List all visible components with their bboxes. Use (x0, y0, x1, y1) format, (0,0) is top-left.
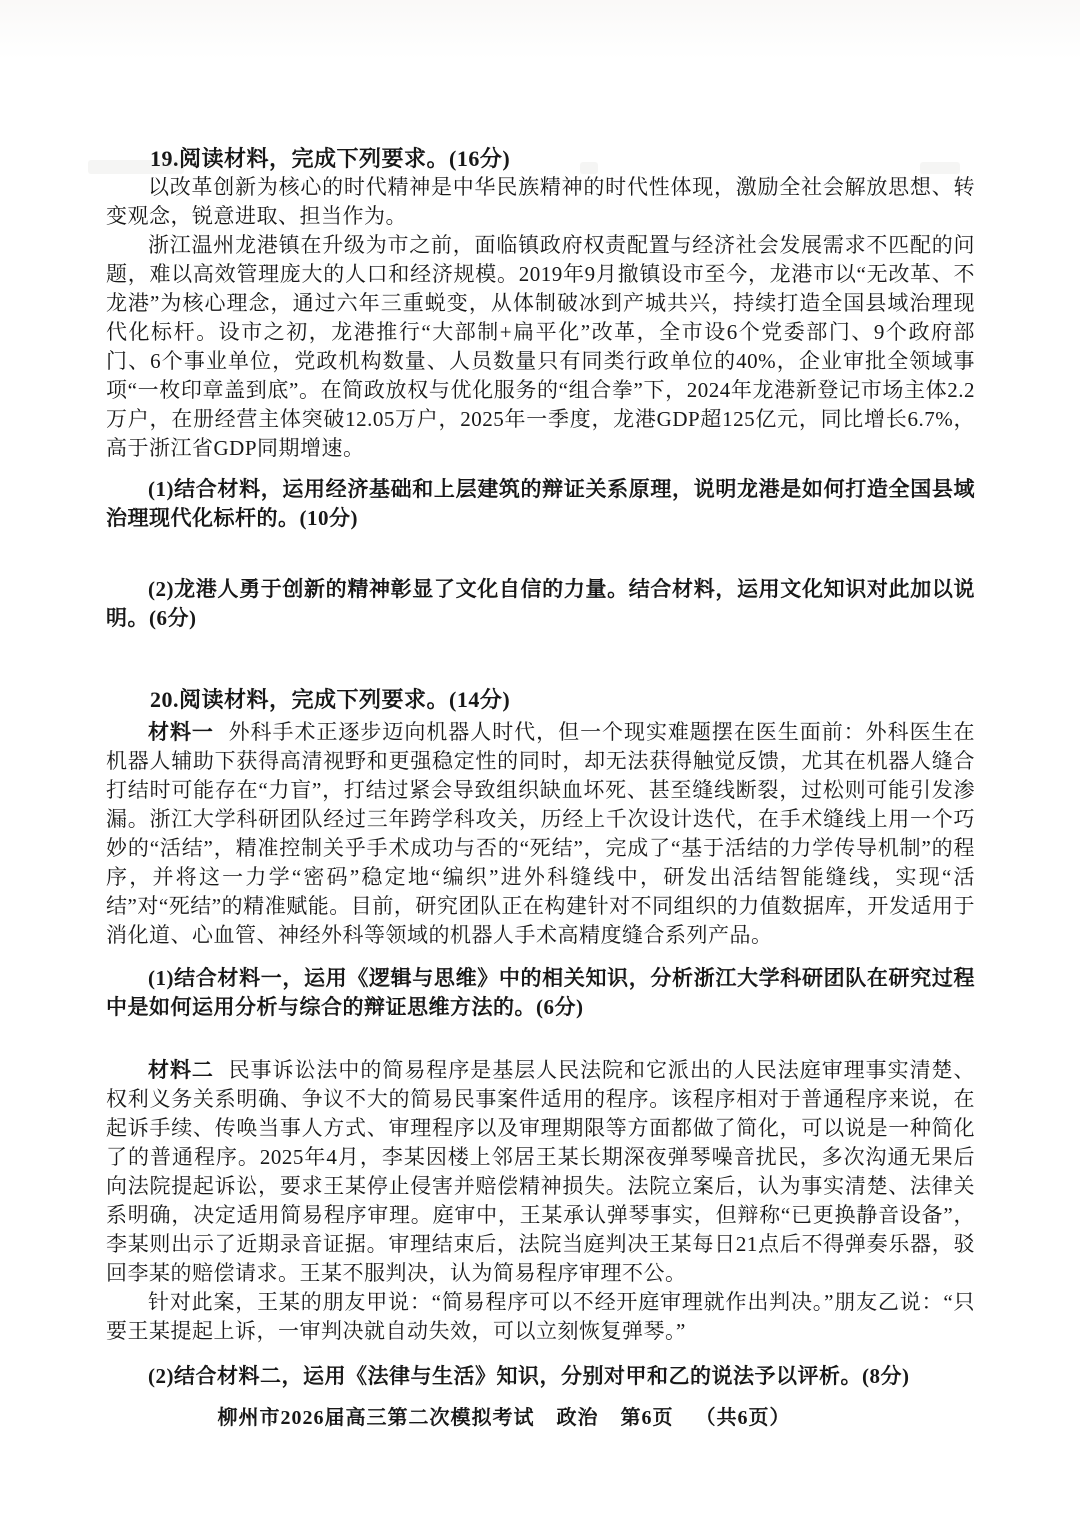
q20-friends-paragraph: 针对此案，王某的朋友甲说：“简易程序可以不经开庭审理就作出判决。”朋友乙说：“只… (106, 1288, 975, 1346)
exam-text-column: 19.阅读材料，完成下列要求。(16分) 以改革创新为核心的时代精神是中华民族精… (106, 0, 975, 1391)
q20-subquestion-1: (1)结合材料一，运用《逻辑与思维》中的相关知识，分析浙江大学科研团队在研究过程… (106, 964, 975, 1022)
material-1-text: 外科手术正逐步迈向机器人时代，但一个现实难题摆在医生面前：外科医生在机器人辅助下… (106, 720, 975, 947)
footer-page-number: 第6页 (621, 1407, 674, 1429)
material-2-text: 民事诉讼法中的简易程序是基层人民法院和它派出的人民法庭审理事实清楚、权利义务关系… (106, 1058, 975, 1285)
footer-total-pages: （共6页） (696, 1407, 791, 1429)
question-20: 20.阅读材料，完成下列要求。(14分) 材料一外科手术正逐步迈向机器人时代，但… (106, 685, 975, 1391)
q20-material-2-paragraph: 材料二民事诉讼法中的简易程序是基层人民法院和它派出的人民法庭审理事实清楚、权利义… (106, 1056, 975, 1288)
footer-subject: 政治 (557, 1407, 599, 1429)
q19-subquestion-1: (1)结合材料，运用经济基础和上层建筑的辩证关系原理，说明龙港是如何打造全国县域… (106, 475, 975, 533)
material-2-label: 材料二 (148, 1058, 214, 1082)
q19-material-paragraph: 浙江温州龙港镇在升级为市之前，面临镇政府权责配置与经济社会发展需求不匹配的问题，… (106, 231, 975, 463)
exam-paper-page: 19.阅读材料，完成下列要求。(16分) 以改革创新为核心的时代精神是中华民族精… (0, 0, 1080, 1528)
q20-subquestion-2: (2)结合材料二，运用《法律与生活》知识，分别对甲和乙的说法予以评析。(8分) (106, 1362, 975, 1391)
page-footer: 柳州市2026届高三第二次模拟考试政治第6页（共6页） (0, 1404, 1008, 1432)
q20-material-1-paragraph: 材料一外科手术正逐步迈向机器人时代，但一个现实难题摆在医生面前：外科医生在机器人… (106, 718, 975, 950)
q19-subquestion-2: (2)龙港人勇于创新的精神彰显了文化自信的力量。结合材料，运用文化知识对此加以说… (106, 575, 975, 633)
q19-intro-paragraph: 以改革创新为核心的时代精神是中华民族精神的时代性体现，激励全社会解放思想、转变观… (106, 173, 975, 231)
footer-exam-title: 柳州市2026届高三第二次模拟考试 (218, 1407, 535, 1429)
question-19: 19.阅读材料，完成下列要求。(16分) 以改革创新为核心的时代精神是中华民族精… (106, 144, 975, 633)
question-19-heading: 19.阅读材料，完成下列要求。(16分) (106, 144, 975, 173)
material-1-label: 材料一 (148, 720, 214, 744)
question-20-heading: 20.阅读材料，完成下列要求。(14分) (106, 685, 975, 714)
